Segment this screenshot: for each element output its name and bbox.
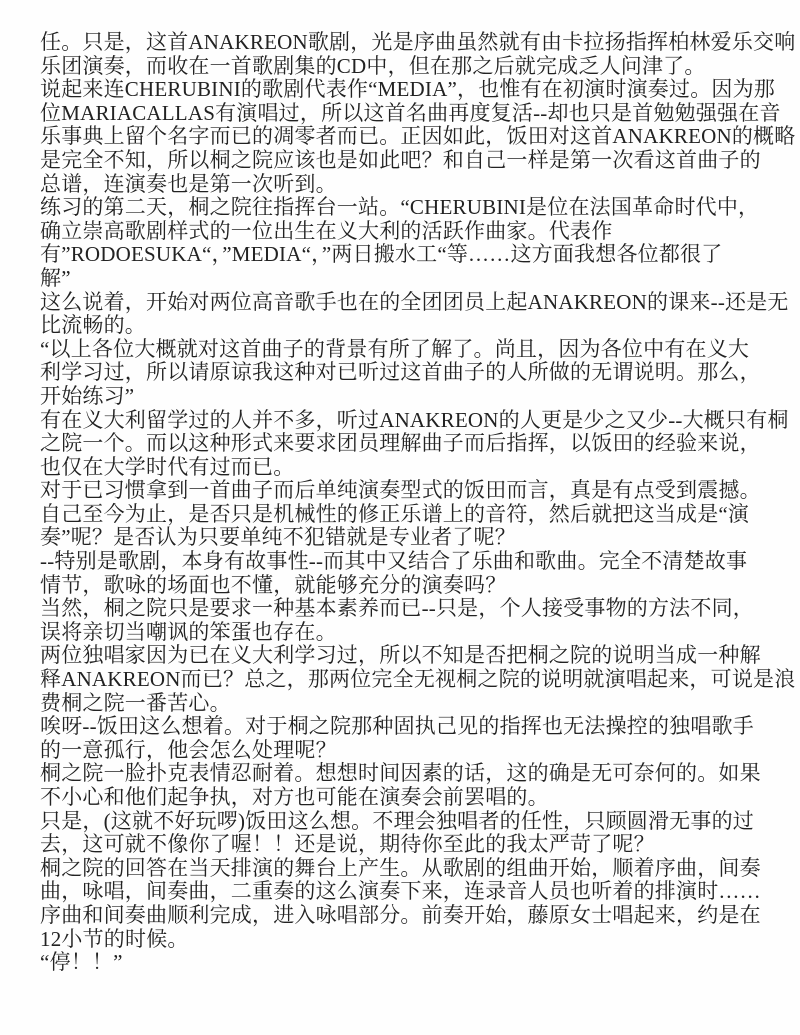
text-line: 序曲和间奏曲顺利完成，进入咏唱部分。前奏开始，藤原女士唱起来，约是在 — [40, 904, 774, 928]
text-line: 开始练习” — [40, 385, 774, 409]
text-line: 两位独唱家因为已在义大利学习过，所以不知是否把桐之院的说明当成一种解 — [40, 644, 774, 668]
text-line: 是完全不知，所以桐之院应该也是如此吧？和自己一样是第一次看这首曲子的 — [40, 149, 774, 173]
text-line: 的一意孤行，他会怎么处理呢？ — [40, 739, 774, 763]
text-line: 不小心和他们起争执，对方也可能在演奏会前罢唱的。 — [40, 786, 774, 810]
text-line: 费桐之院一番苦心。 — [40, 692, 774, 716]
text-line: 12小节的时候。 — [40, 928, 774, 952]
text-line: 释ANAKREON而已？总之，那两位完全无视桐之院的说明就演唱起来，可说是浪 — [40, 668, 774, 692]
text-line: 总谱，连演奏也是第一次听到。 — [40, 173, 774, 197]
text-line: 也仅在大学时代有过而已。 — [40, 456, 774, 480]
document-page: 任。只是，这首ANAKREON歌剧，光是序曲虽然就有由卡拉扬指挥柏林爱乐交响乐团… — [0, 0, 800, 1035]
text-line: 乐事典上留个名字而已的凋零者而已。正因如此，饭田对这首ANAKREON的概略 — [40, 125, 774, 149]
text-line: 去，这可就不像你了喔！！还是说，期待你至此的我太严苛了呢？ — [40, 833, 774, 857]
text-line: 乐团演奏，而收在一首歌剧集的CD中，但在那之后就完成乏人问津了。 — [40, 55, 774, 79]
text-line: 奏”呢？是否认为只要单纯不犯错就是专业者了呢？ — [40, 526, 774, 550]
text-line: 确立崇高歌剧样式的一位出生在义大利的活跃作曲家。代表作 — [40, 220, 774, 244]
text-line: 这么说着，开始对两位高音歌手也在的全团团员上起ANAKREON的课来--还是无 — [40, 291, 774, 315]
text-line: 比流畅的。 — [40, 314, 774, 338]
text-line: 情节，歌咏的场面也不懂，就能够充分的演奏吗？ — [40, 574, 774, 598]
text-line: 只是，(这就不好玩啰)饭田这么想。不理会独唱者的任性，只顾圆滑无事的过 — [40, 810, 774, 834]
text-line: 对于已习惯拿到一首曲子而后单纯演奏型式的饭田而言，真是有点受到震撼。 — [40, 479, 774, 503]
text-line: 曲，咏唱，间奏曲，二重奏的这么演奏下来，连录音人员也听着的排演时…… — [40, 880, 774, 904]
text-line: 有在义大利留学过的人并不多，听过ANAKREON的人更是少之又少--大概只有桐 — [40, 409, 774, 433]
novel-text-block: 任。只是，这首ANAKREON歌剧，光是序曲虽然就有由卡拉扬指挥柏林爱乐交响乐团… — [40, 31, 774, 975]
text-line: 利学习过，所以请原谅我这种对已听过这首曲子的人所做的无谓说明。那么， — [40, 361, 774, 385]
text-line: 任。只是，这首ANAKREON歌剧，光是序曲虽然就有由卡拉扬指挥柏林爱乐交响 — [40, 31, 774, 55]
text-line: 解” — [40, 267, 774, 291]
text-line: “以上各位大概就对这首曲子的背景有所了解了。尚且，因为各位中有在义大 — [40, 338, 774, 362]
text-line: 之院一个。而以这种形式来要求团员理解曲子而后指挥，以饭田的经验来说， — [40, 432, 774, 456]
text-line: 说起来连CHERUBINI的歌剧代表作“MEDIA”，也惟有在初演时演奏过。因为… — [40, 78, 774, 102]
text-line: 当然，桐之院只是要求一种基本素养而已--只是，个人接受事物的方法不同， — [40, 597, 774, 621]
text-line: 有”RODOESUKA“，”MEDIA“，”两日搬水工“等……这方面我想各位都很… — [40, 243, 774, 267]
text-line: “停！！” — [40, 951, 774, 975]
text-line: 唉呀--饭田这么想着。对于桐之院那种固执己见的指挥也无法操控的独唱歌手 — [40, 715, 774, 739]
text-line: 位MARIACALLAS有演唱过，所以这首名曲再度复活--却也只是首勉勉强强在音 — [40, 102, 774, 126]
text-line: --特别是歌剧，本身有故事性--而其中又结合了乐曲和歌曲。完全不清楚故事 — [40, 550, 774, 574]
text-line: 练习的第二天，桐之院往指挥台一站。“CHERUBINI是位在法国革命时代中， — [40, 196, 774, 220]
text-line: 桐之院的回答在当天排演的舞台上产生。从歌剧的组曲开始，顺着序曲，间奏 — [40, 857, 774, 881]
text-line: 自己至今为止，是否只是机械性的修正乐谱上的音符，然后就把这当成是“演 — [40, 503, 774, 527]
text-line: 误将亲切当嘲讽的笨蛋也存在。 — [40, 621, 774, 645]
text-line: 桐之院一脸扑克表情忍耐着。想想时间因素的话，这的确是无可奈何的。如果 — [40, 762, 774, 786]
